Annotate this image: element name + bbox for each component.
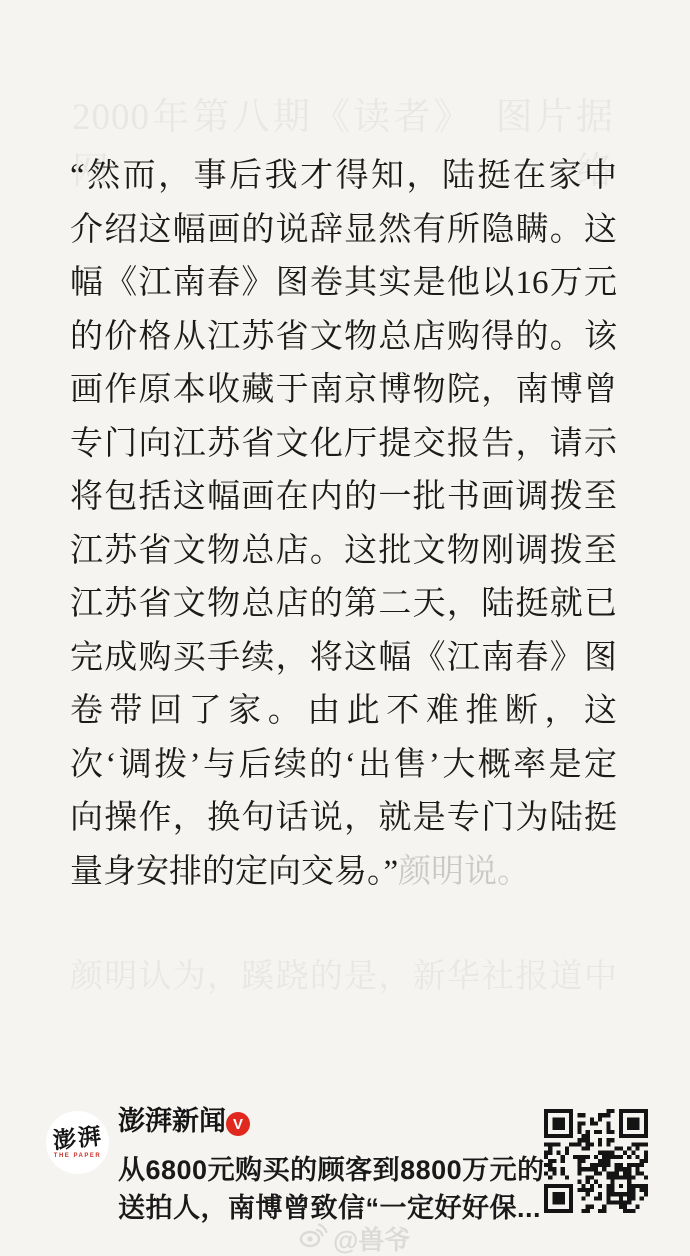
quote-line: 幅《江南春》图卷其实是他以16万元 <box>70 257 617 311</box>
article-headline-line1: 从6800元购买的顾客到8800万元的 <box>118 1148 545 1187</box>
qr-code <box>544 1109 648 1213</box>
quote-paragraph: “然而，事后我才得知，陆挺在家中 介绍这幅画的说辞显然有所隐瞒。这 幅《江南春》… <box>70 150 617 899</box>
watermark-handle: @兽爷 <box>333 1220 410 1256</box>
quote-line: 次‘调拨’与后续的‘出售’大概率是定 <box>70 739 617 793</box>
quote-line: “然而，事后我才得知，陆挺在家中 <box>70 150 617 204</box>
weibo-logo-icon <box>298 1222 328 1255</box>
quote-last-line: 量身安排的定向交易。”颜明说。 <box>70 846 617 900</box>
quote-line: 画作原本收藏于南京博物院，南博曾 <box>70 364 617 418</box>
weibo-watermark: @兽爷 <box>298 1220 410 1256</box>
quote-closing-text: 量身安排的定向交易。” <box>70 854 398 890</box>
quote-line: 专门向江苏省文化厅提交报告，请示 <box>70 418 617 472</box>
quote-line: 卷带回了家。由此不难推断，这 <box>70 685 617 739</box>
quote-line: 的价格从江苏省文物总店购得的。该 <box>70 311 617 365</box>
brand-name: 澎湃新闻 <box>118 1106 226 1137</box>
weibo-long-image-post: 2000年第八期《读者》 图片据网络 “然而，事后我才得知，陆挺在家中 介绍这幅… <box>0 0 690 1256</box>
thepaper-logo: 澎湃 THE PAPER <box>46 1111 109 1174</box>
thepaper-logo-calligraphy: 澎湃 <box>51 1124 103 1152</box>
thepaper-logo-subtitle: THE PAPER <box>54 1153 101 1159</box>
quote-line: 向操作，换句话说，就是专门为陆挺 <box>70 792 617 846</box>
quote-line: 完成购买手续，将这幅《江南春》图 <box>70 632 617 686</box>
faded-next-paragraph: 颜明认为，蹊跷的是，新华社报道中 <box>70 950 617 997</box>
quote-line: 介绍这幅画的说辞显然有所隐瞒。这 <box>70 204 617 258</box>
verified-badge-icon: V <box>226 1112 250 1136</box>
quote-line: 将包括这幅画在内的一批书画调拨至 <box>70 471 617 525</box>
quote-attribution-faded: 颜明说。 <box>398 854 530 890</box>
quote-line: 江苏省文物总店。这批文物刚调拨至 <box>70 525 617 579</box>
quote-line: 江苏省文物总店的第二天，陆挺就已 <box>70 578 617 632</box>
